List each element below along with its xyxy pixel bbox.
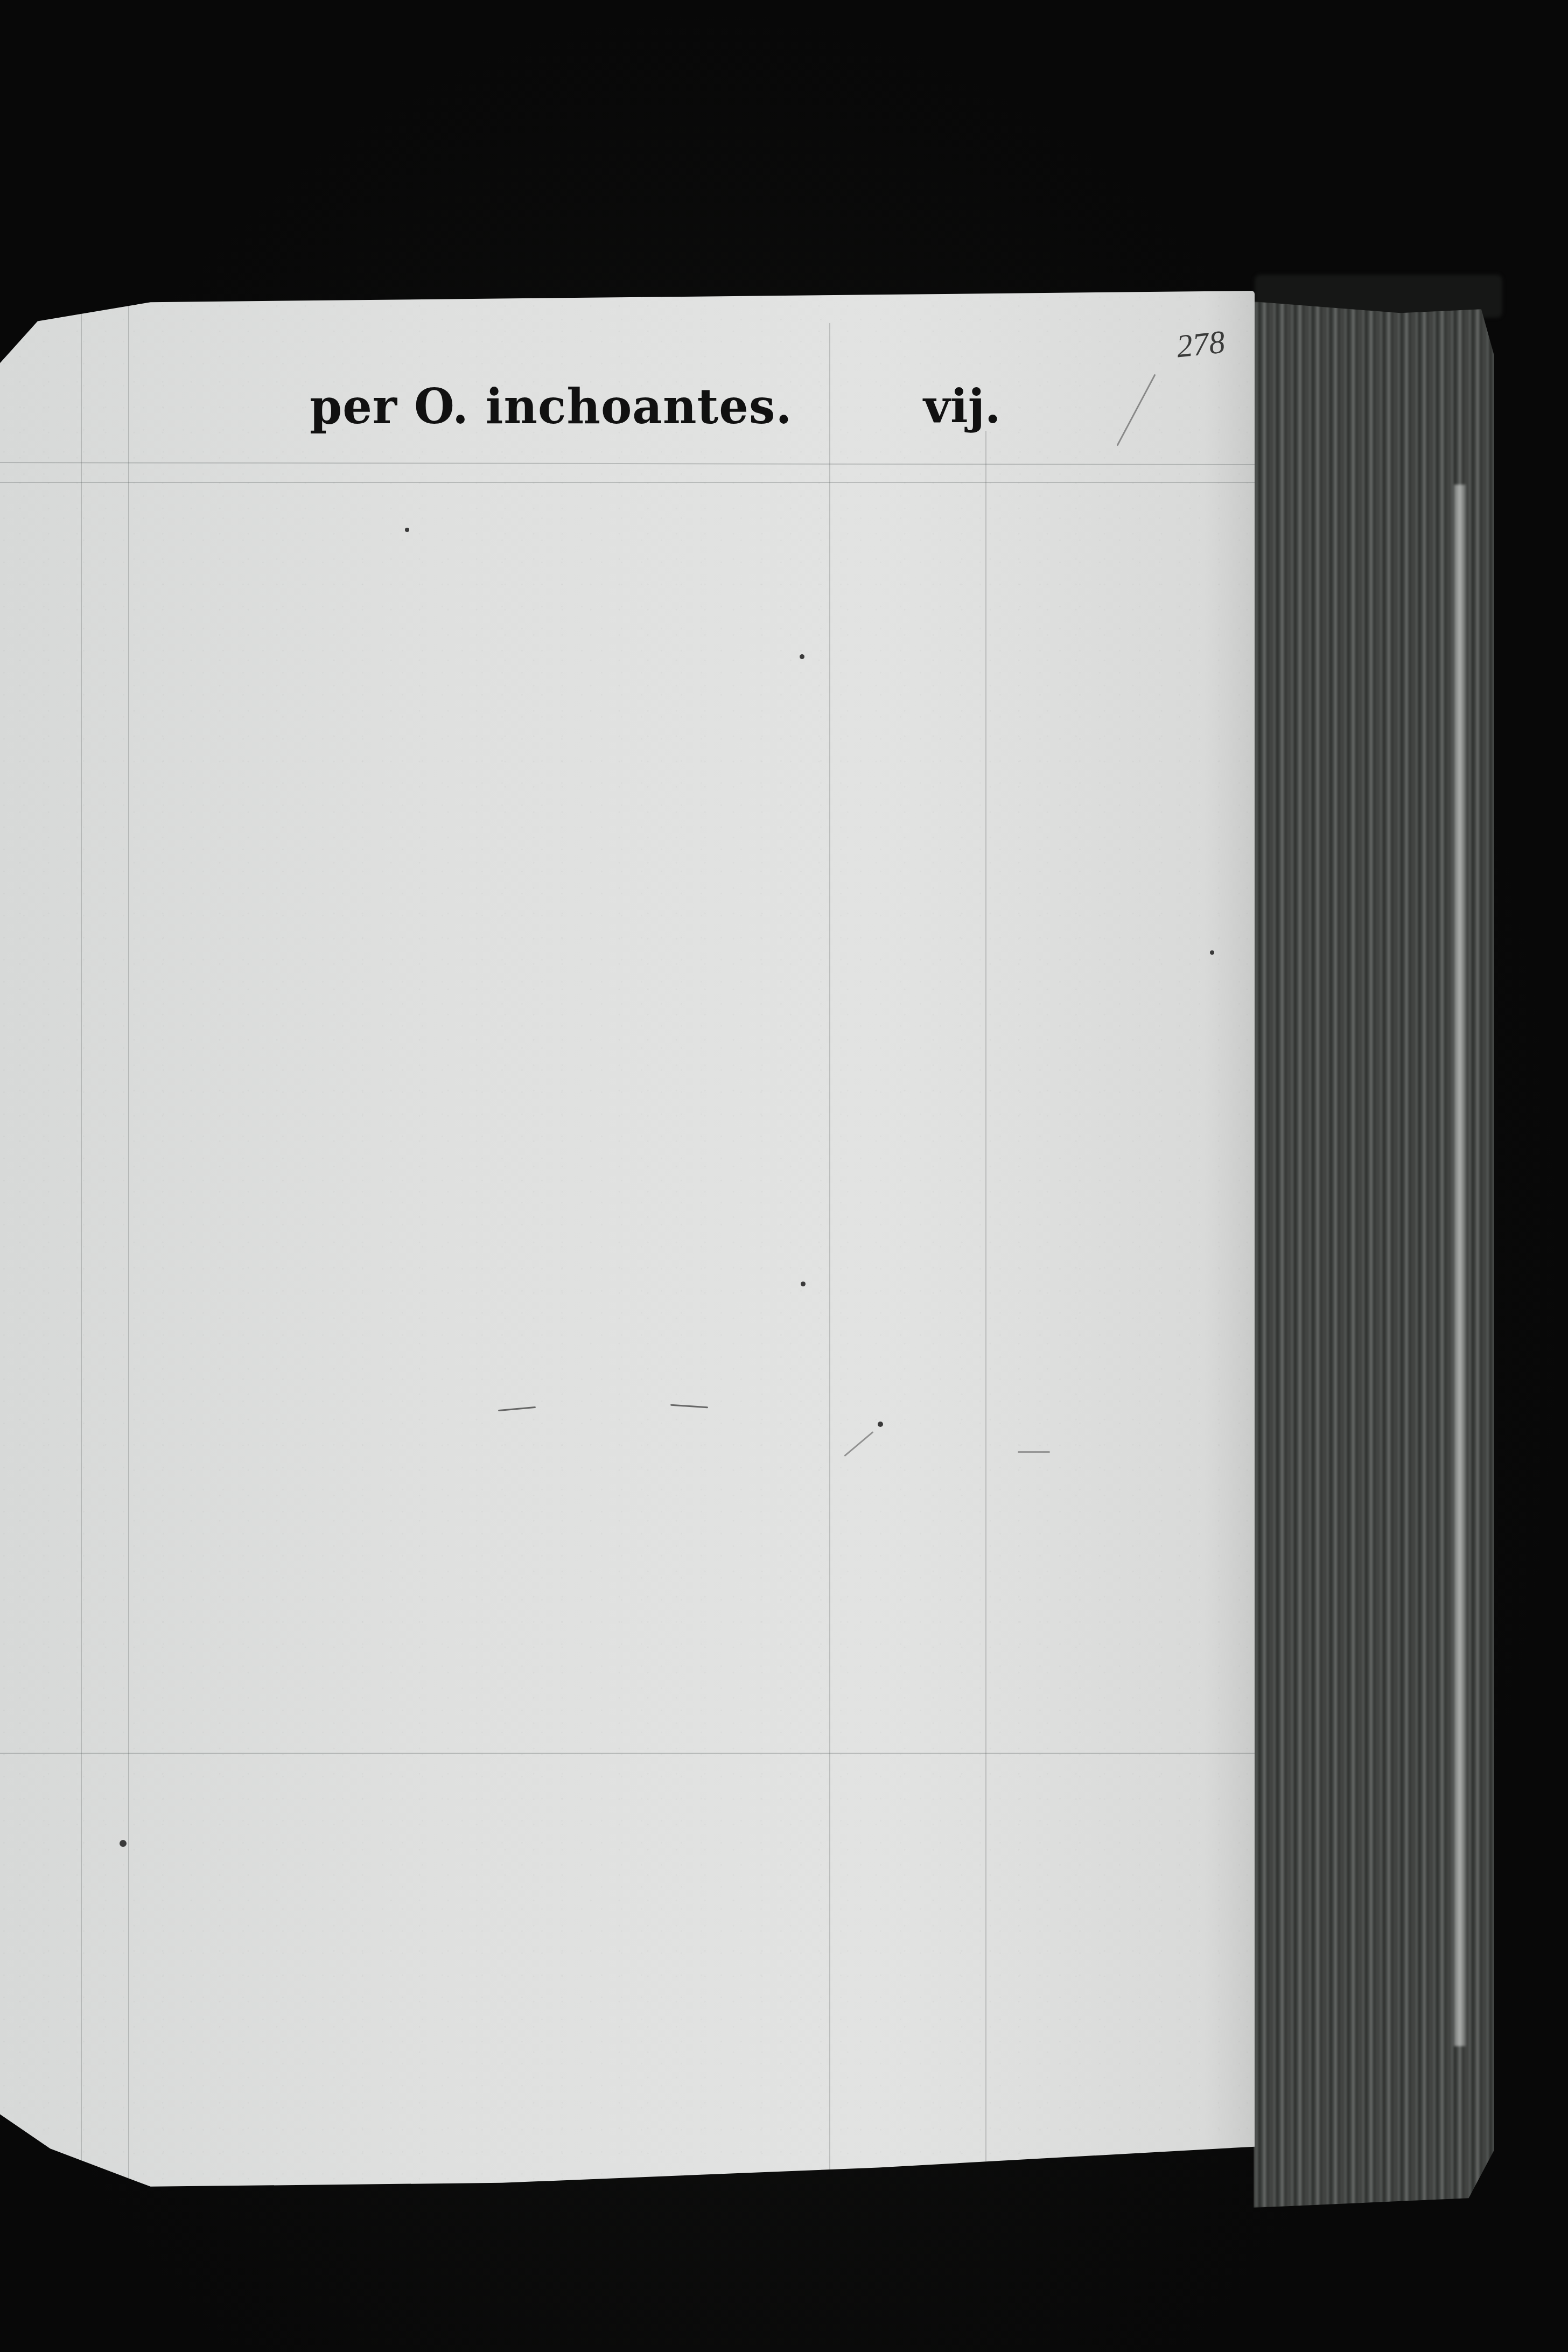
ink-speck: [120, 1840, 127, 1847]
ink-mark: [1018, 1451, 1050, 1453]
ruling-line-vertical: [829, 323, 830, 2169]
folio-number: 278: [1175, 323, 1227, 365]
ruling-line-vertical: [81, 291, 82, 2194]
book-fore-edge: [1254, 302, 1507, 2208]
manuscript-page: [0, 291, 1255, 2194]
ink-speck: [800, 654, 804, 659]
fore-edge-highlight: [1454, 485, 1466, 2046]
ruling-line-horizontal: [0, 1753, 1255, 1754]
ink-speck: [405, 528, 409, 532]
ink-speck: [801, 1282, 806, 1286]
ruling-line-horizontal: [0, 482, 1255, 483]
ruling-line-vertical: [128, 291, 129, 2194]
ink-speck: [878, 1422, 883, 1427]
running-head: per O. inchoantes.: [310, 378, 792, 435]
ink-speck: [1210, 950, 1214, 955]
ruling-line-vertical: [985, 431, 986, 2182]
paper-texture: [0, 291, 1255, 2194]
signature-mark: vij.: [923, 380, 1001, 434]
